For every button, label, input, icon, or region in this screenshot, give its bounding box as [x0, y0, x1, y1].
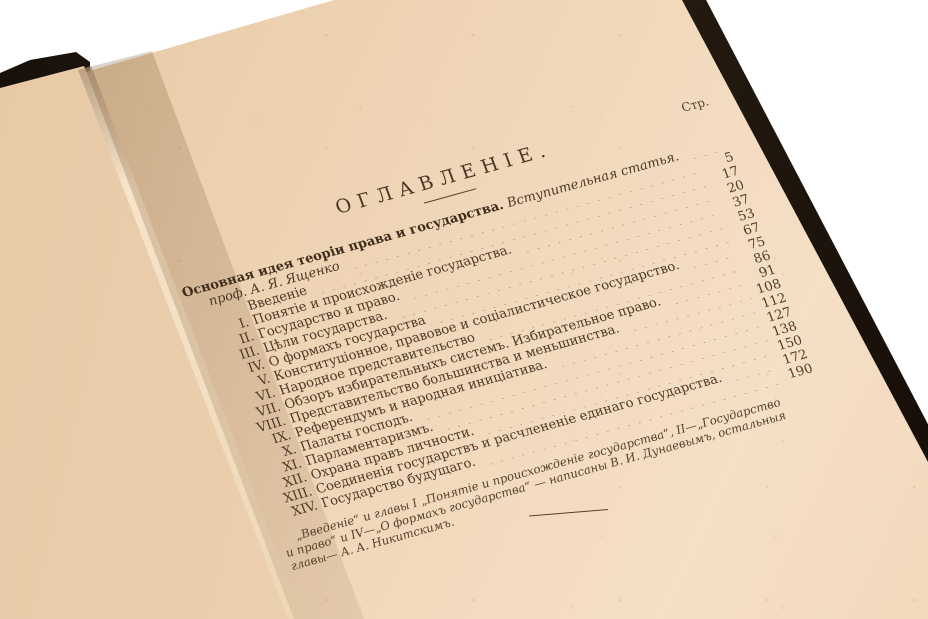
book-photo: Стр. ОГЛАВЛЕНІЕ. Основная идея теоріи пр…	[0, 0, 928, 619]
page-number	[725, 146, 729, 147]
